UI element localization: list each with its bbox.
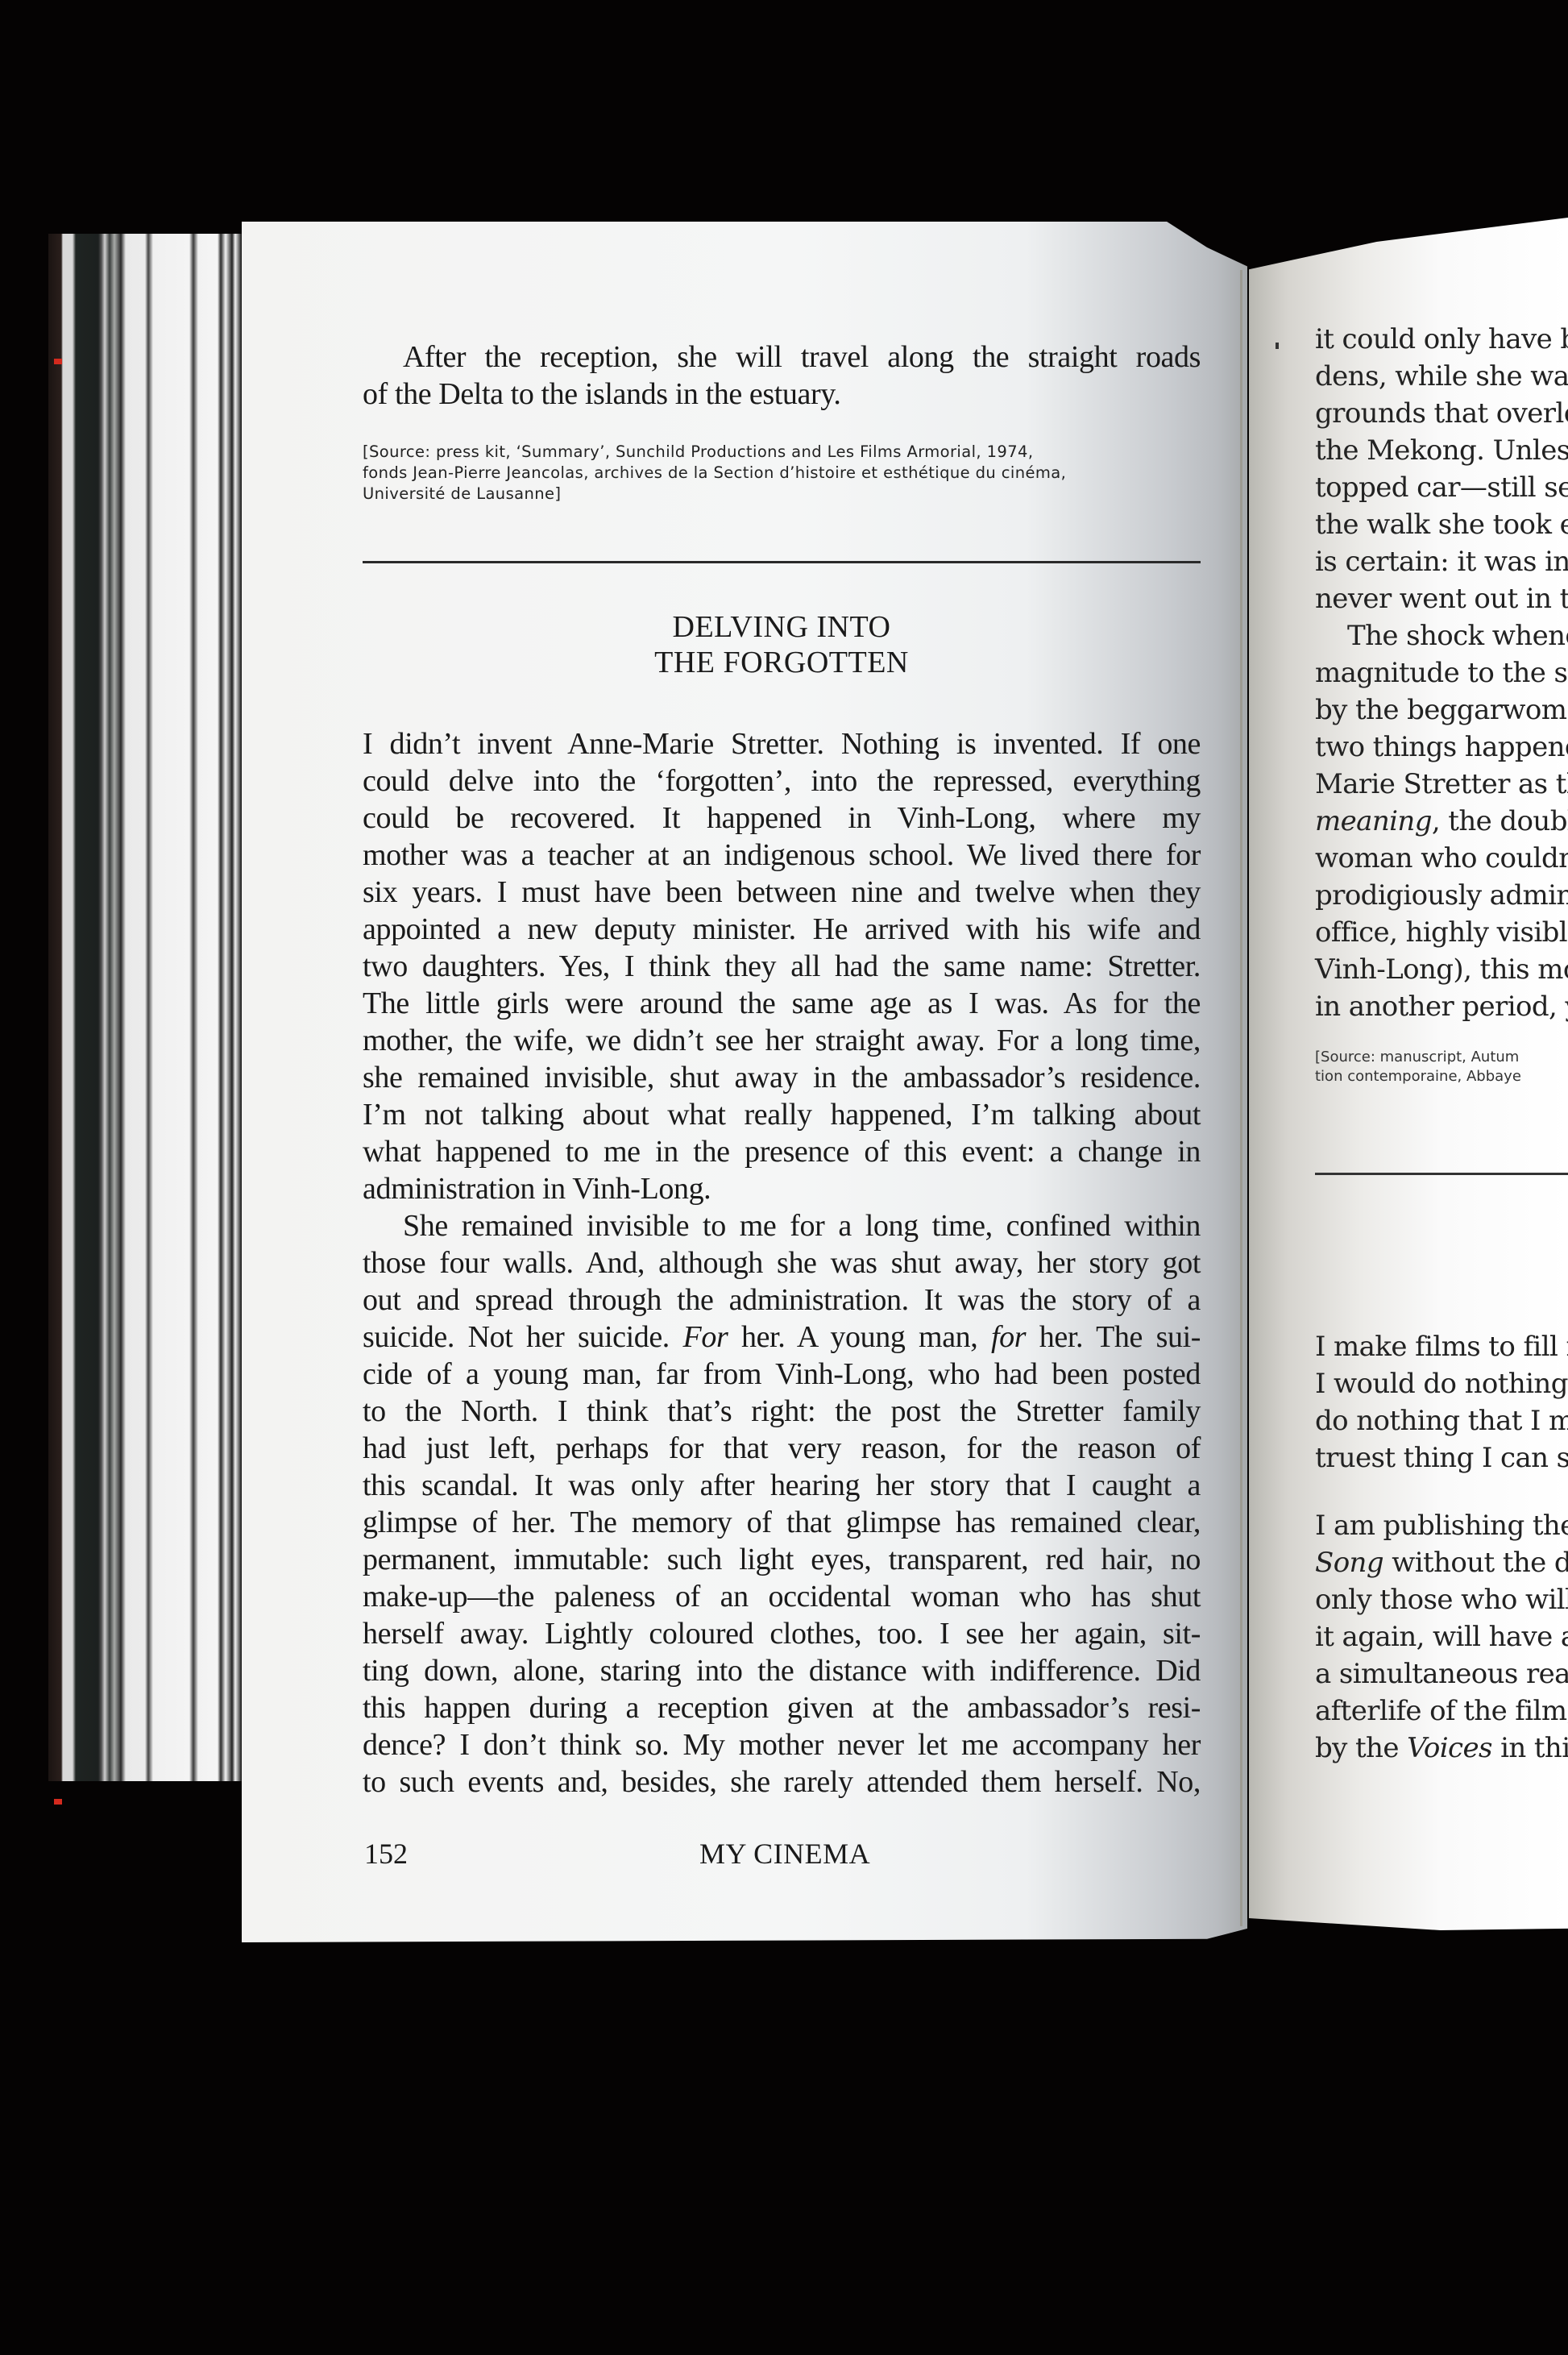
body-line: I didn’t invent Anne-Marie Stretter. Not…	[363, 725, 1201, 762]
italic-run: For	[683, 1320, 728, 1354]
body-line: truest thing I can sa	[1315, 1439, 1568, 1477]
text-run: her. A young man,	[728, 1320, 991, 1354]
body-line: could be recovered. It happened in Vinh-…	[363, 800, 1201, 837]
body-line: never went out in th	[1315, 580, 1568, 617]
body-line: this scandal. It was only after hearing …	[363, 1467, 1201, 1504]
body-line: by the beggarwoman	[1315, 692, 1568, 729]
gutter-shadow	[1240, 270, 1242, 1926]
body-line: She remained invisible to me for a long …	[363, 1207, 1201, 1244]
body-line: Vinh-Long), this mo	[1315, 951, 1568, 988]
body-line: The shock whene	[1315, 617, 1568, 654]
source-citation-line: [Source: press kit, ‘Summary’, Sunchild …	[363, 442, 1201, 463]
body-line: dence? I don’t think so. My mother never…	[363, 1726, 1201, 1763]
page-edge-stack	[48, 234, 246, 1781]
text-run: her. The sui-	[1026, 1320, 1201, 1354]
body-line-with-italics: Song without the di	[1315, 1544, 1568, 1581]
italic-run: Song	[1315, 1547, 1383, 1579]
body-line-with-italics: meaning, the double	[1315, 803, 1568, 840]
body-line: I am publishing the	[1315, 1507, 1568, 1544]
body-line: out and spread through the administratio…	[363, 1281, 1201, 1319]
text-run: , the double	[1432, 805, 1568, 837]
book-spread-photo: After the reception, she will travel alo…	[0, 0, 1568, 2355]
paragraph-line: After the reception, she will travel alo…	[363, 339, 1201, 376]
red-edge-mark	[54, 1799, 62, 1805]
source-citation-line: Université de Lausanne]	[363, 484, 1201, 505]
body-line: office, highly visible	[1315, 914, 1568, 951]
section-heading-line1: DELVING INTO	[363, 609, 1201, 645]
body-line: mother was a teacher at an indigenous sc…	[363, 837, 1201, 874]
body-line: this happen during a reception given at …	[363, 1689, 1201, 1726]
body-line: cide of a young man, far from Vinh-Long,…	[363, 1356, 1201, 1393]
body-line: it again, will have a	[1315, 1618, 1568, 1655]
body-line: permanent, immutable: such light eyes, t…	[363, 1541, 1201, 1578]
body-line: two things happene	[1315, 729, 1568, 766]
body-line-with-italics: by the Voices in this	[1315, 1730, 1568, 1767]
section-heading-line2: THE FORGOTTEN	[363, 645, 1201, 680]
body-line: Marie Stretter as the	[1315, 766, 1568, 803]
body-line: grounds that overlo	[1315, 395, 1568, 432]
body-line: mother, the wife, we didn’t see her stra…	[363, 1022, 1201, 1059]
running-title: MY CINEMA	[699, 1838, 870, 1870]
body-line: those four walls. And, although she was …	[363, 1244, 1201, 1281]
body-line: is certain: it was in	[1315, 543, 1568, 580]
body-line: appointed a new deputy minister. He arri…	[363, 911, 1201, 948]
paragraph-line: of the Delta to the islands in the estua…	[363, 376, 1201, 413]
body-line: six years. I must have been between nine…	[363, 874, 1201, 911]
body-line: a simultaneous read	[1315, 1655, 1568, 1693]
body-line: two daughters. Yes, I think they all had…	[363, 948, 1201, 985]
body-line: glimpse of her. The memory of that glimp…	[363, 1504, 1201, 1541]
body-line: I’m not talking about what really happen…	[363, 1096, 1201, 1133]
red-edge-mark	[54, 359, 62, 364]
body-line-with-italics: suicide. Not her suicide. For her. A you…	[363, 1319, 1201, 1356]
body-line: afterlife of the film,	[1315, 1693, 1568, 1730]
italic-run: for	[991, 1320, 1026, 1354]
body-line: The little girls were around the same ag…	[363, 985, 1201, 1022]
margin-mark	[1276, 343, 1279, 349]
page-number: 152	[364, 1838, 408, 1870]
body-line: I make films to fill n	[1315, 1328, 1568, 1365]
body-line: it could only have be	[1315, 321, 1568, 358]
body-line: the walk she took ev	[1315, 506, 1568, 543]
text-run: suicide. Not her suicide.	[363, 1320, 683, 1354]
italic-run: Voices	[1407, 1732, 1492, 1764]
body-line: the Mekong. Unless	[1315, 432, 1568, 469]
body-line: only those who will	[1315, 1581, 1568, 1618]
body-line: magnitude to the sh	[1315, 654, 1568, 692]
body-line: to the North. I think that’s right: the …	[363, 1393, 1201, 1430]
section-divider	[363, 561, 1201, 563]
body-line: make-up—the paleness of an occidental wo…	[363, 1578, 1201, 1615]
body-line: had just left, perhaps for that very rea…	[363, 1430, 1201, 1467]
body-line: woman who couldn’	[1315, 840, 1568, 877]
source-citation-line: [Source: manuscript, Autum	[1315, 1048, 1568, 1067]
body-line: in another period, y	[1315, 988, 1568, 1025]
body-line: could delve into the ‘forgotten’, into t…	[363, 762, 1201, 800]
text-run: by the	[1315, 1732, 1407, 1764]
text-run: in this	[1492, 1732, 1568, 1764]
section-divider	[1315, 1173, 1568, 1175]
body-line: she remained invisible, shut away in the…	[363, 1059, 1201, 1096]
body-line: ting down, alone, staring into the dista…	[363, 1652, 1201, 1689]
body-line: prodigiously admini	[1315, 877, 1568, 914]
body-line: herself away. Lightly coloured clothes, …	[363, 1615, 1201, 1652]
body-line: do nothing that I m	[1315, 1402, 1568, 1439]
body-line: administration in Vinh-Long.	[363, 1170, 1201, 1207]
body-line: I would do nothing.	[1315, 1365, 1568, 1402]
source-citation-line: tion contemporaine, Abbaye	[1315, 1067, 1568, 1086]
body-line: topped car—still sea	[1315, 469, 1568, 506]
body-line: to such events and, besides, she rarely …	[363, 1763, 1201, 1801]
text-run: without the di	[1383, 1547, 1568, 1579]
body-line: dens, while she was	[1315, 358, 1568, 395]
body-line: what happened to me in the presence of t…	[363, 1133, 1201, 1170]
italic-run: meaning	[1315, 805, 1432, 837]
source-citation-line: fonds Jean-Pierre Jeancolas, archives de…	[363, 463, 1201, 484]
